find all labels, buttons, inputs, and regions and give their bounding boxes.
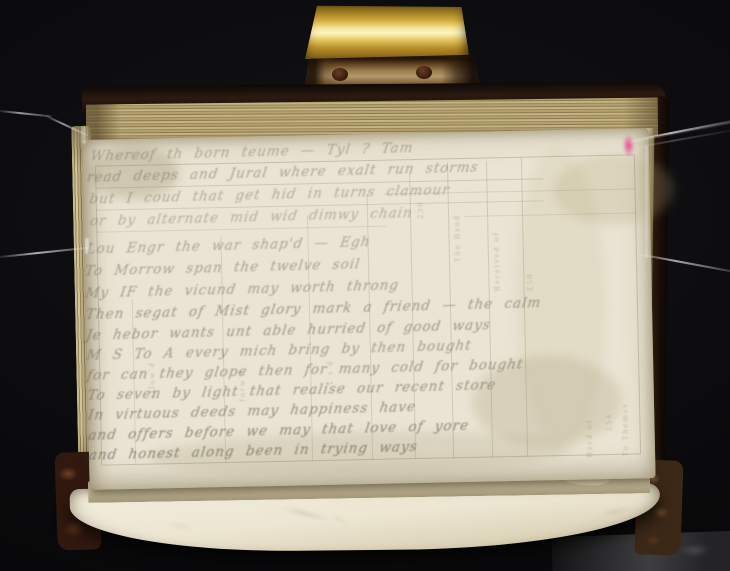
band-highlight bbox=[82, 126, 86, 144]
pencil-smudge bbox=[160, 519, 201, 532]
band-highlight bbox=[645, 146, 648, 258]
printed-fragment: Tho Band bbox=[451, 182, 462, 262]
brass-clasp-plate bbox=[300, 2, 470, 64]
mount-wire bbox=[0, 110, 52, 117]
written-page: 230 Tho Band Received of £50 254 To Thom… bbox=[82, 128, 655, 490]
photograph-of-open-notebook: 230 Tho Band Received of £50 254 To Thom… bbox=[0, 0, 730, 571]
clasp-rivet-left bbox=[332, 68, 348, 81]
pencil-smudge bbox=[590, 502, 641, 522]
printed-fragment: £50 bbox=[525, 251, 535, 291]
band-highlight bbox=[85, 238, 89, 254]
printed-fragment: 254 bbox=[604, 391, 614, 431]
printed-fragment: To Thomas bbox=[620, 387, 630, 457]
printed-fragment: Recd of bbox=[584, 387, 594, 457]
clasp-rivet-right bbox=[416, 66, 432, 79]
